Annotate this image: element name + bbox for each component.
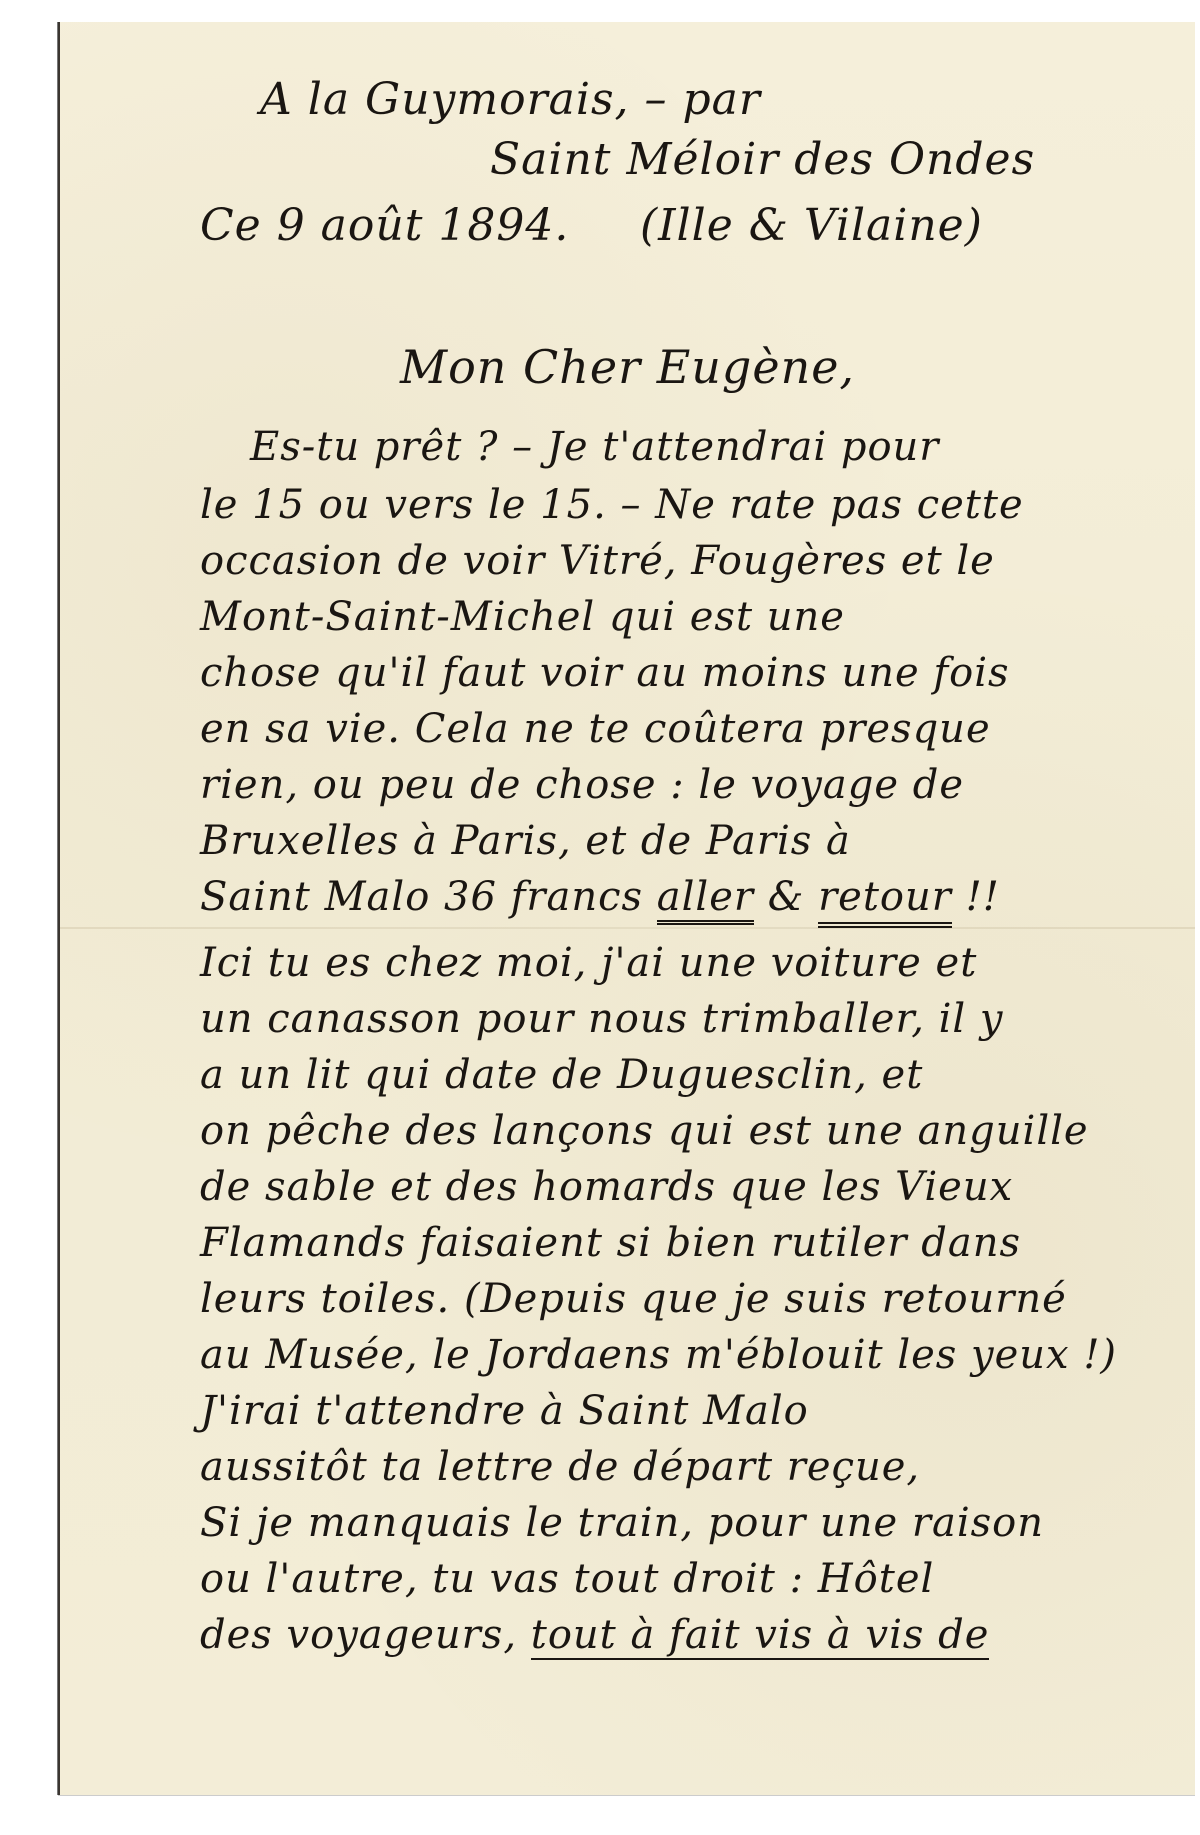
body-line-3: occasion de voir Vitré, Fougères et le [200, 538, 995, 584]
underlined-retour: retour [818, 874, 952, 928]
body-line-8: Bruxelles à Paris, et de Paris à [200, 818, 851, 864]
letter-page: A la Guymorais, – par Saint Méloir des O… [58, 22, 1195, 1795]
body-line-19: aussitôt ta lettre de départ reçue, [200, 1444, 920, 1490]
body-line-16: leurs toiles. (Depuis que je suis retour… [200, 1276, 1067, 1322]
address-line-1: A la Guymorais, – par [260, 74, 761, 125]
body-line-2: le 15 ou vers le 15. – Ne rate pas cette [200, 482, 1024, 528]
body-line-13: on pêche des lançons qui est une anguill… [200, 1108, 1089, 1154]
body-line-12: a un lit qui date de Duguesclin, et [200, 1052, 923, 1098]
body-line-14: de sable et des homards que les Vieux [200, 1164, 1013, 1210]
body-line-4: Mont-Saint-Michel qui est une [200, 594, 845, 640]
underlined-aller: aller [657, 874, 754, 925]
body-line-1: Es-tu prêt ? – Je t'attendrai pour [250, 424, 939, 470]
body-line-5: chose qu'il faut voir au moins une fois [200, 650, 1010, 696]
body-line-11: un canasson pour nous trimballer, il y [200, 996, 1004, 1042]
salutation: Mon Cher Eugène, [400, 340, 855, 394]
paper-fold-crease [60, 927, 1195, 929]
body-line-20: Si je manquais le train, pour une raison [200, 1500, 1044, 1546]
body-line-15: Flamands faisaient si bien rutiler dans [200, 1220, 1021, 1266]
body-line-17: au Musée, le Jordaens m'éblouit les yeux… [200, 1332, 1117, 1378]
address-line-2: Saint Méloir des Ondes [490, 134, 1035, 185]
body-line-9-text: Saint Malo 36 francs [200, 874, 657, 920]
body-line-9: Saint Malo 36 francs aller & retour !! [200, 874, 1000, 920]
body-line-6: en sa vie. Cela ne te coûtera presque [200, 706, 991, 752]
underlined-vis-a-vis: tout à fait vis à vis de [531, 1612, 990, 1660]
body-line-10: Ici tu es chez moi, j'ai une voiture et [200, 940, 977, 986]
body-line-22: des voyageurs, tout à fait vis à vis de [200, 1612, 989, 1658]
address-region: (Ille & Vilaine) [640, 200, 983, 251]
body-line-21: ou l'autre, tu vas tout droit : Hôtel [200, 1556, 934, 1602]
letter-date: Ce 9 août 1894. [200, 200, 569, 251]
body-line-7: rien, ou peu de chose : le voyage de [200, 762, 964, 808]
body-line-18: J'irai t'attendre à Saint Malo [200, 1388, 809, 1434]
